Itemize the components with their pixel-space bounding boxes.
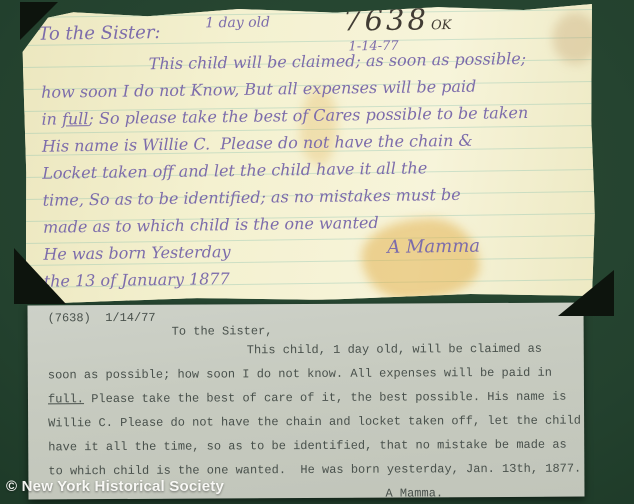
text-segment: His name is Willie C. Please do not have… bbox=[42, 131, 473, 156]
underlined-text: full bbox=[62, 109, 89, 128]
text-segment: He was born Yesterday bbox=[43, 242, 230, 264]
text-segment: This child, 1 day old, will be claimed a… bbox=[247, 342, 542, 358]
case-number-annotation: 7638OK bbox=[343, 2, 452, 38]
text-line: have it all the time, so as to be identi… bbox=[48, 433, 584, 460]
photograph-background: (7638) 1/14/77To the Sister,This child, … bbox=[0, 0, 634, 504]
text-line: full. Please take the best of care of it… bbox=[48, 385, 584, 412]
copyright-watermark: © New York Historical Society bbox=[6, 478, 224, 495]
signature: A Mamma bbox=[387, 236, 480, 258]
text-segment: made as to which child is the one wanted bbox=[43, 213, 379, 237]
handwritten-letter: To the Sister: 1 day old 7638OK 1-14-77 … bbox=[22, 4, 596, 304]
letter-body: This child will be claimed; as soon as p… bbox=[41, 44, 594, 295]
text-line: Willie C. Please do not have the chain a… bbox=[48, 409, 584, 436]
text-line: This child, 1 day old, will be claimed a… bbox=[48, 337, 584, 364]
text-segment: This child will be claimed; as soon as p… bbox=[149, 49, 527, 73]
text-segment: Locket taken off and let the child have … bbox=[42, 158, 427, 182]
case-number: 7638 bbox=[343, 2, 429, 37]
text-line: soon as possible; how soon I do not know… bbox=[48, 361, 584, 388]
text-segment: how soon I do not Know, But all expenses… bbox=[41, 77, 476, 102]
text-segment: the 13 of January 1877 bbox=[44, 269, 230, 291]
text-segment: (7638) 1/14/77 bbox=[48, 311, 156, 326]
case-ok-mark: OK bbox=[431, 18, 452, 33]
text-segment: A Mamma. bbox=[385, 486, 443, 499]
text-segment: in bbox=[41, 109, 62, 128]
text-segment: have it all the time, so as to be identi… bbox=[48, 438, 567, 455]
text-segment: ; So please take the best of Cares possi… bbox=[88, 103, 528, 128]
text-segment: Please take the best of care of it, the … bbox=[84, 390, 567, 407]
typed-transcription-body: (7638) 1/14/77To the Sister,This child, … bbox=[27, 303, 584, 500]
typed-transcription-sheet: (7638) 1/14/77To the Sister,This child, … bbox=[27, 303, 584, 500]
text-segment: soon as possible; how soon I do not know… bbox=[48, 366, 552, 383]
text-segment: time, So as to be identified; as no mist… bbox=[42, 185, 460, 210]
text-segment: to which child is the one wanted. He was… bbox=[48, 462, 581, 479]
underlined-text: full. bbox=[48, 392, 84, 406]
text-segment: To the Sister, bbox=[172, 324, 273, 339]
age-annotation: 1 day old bbox=[205, 15, 270, 32]
salutation: To the Sister: bbox=[38, 22, 161, 45]
text-segment: Willie C. Please do not have the chain a… bbox=[48, 414, 581, 431]
